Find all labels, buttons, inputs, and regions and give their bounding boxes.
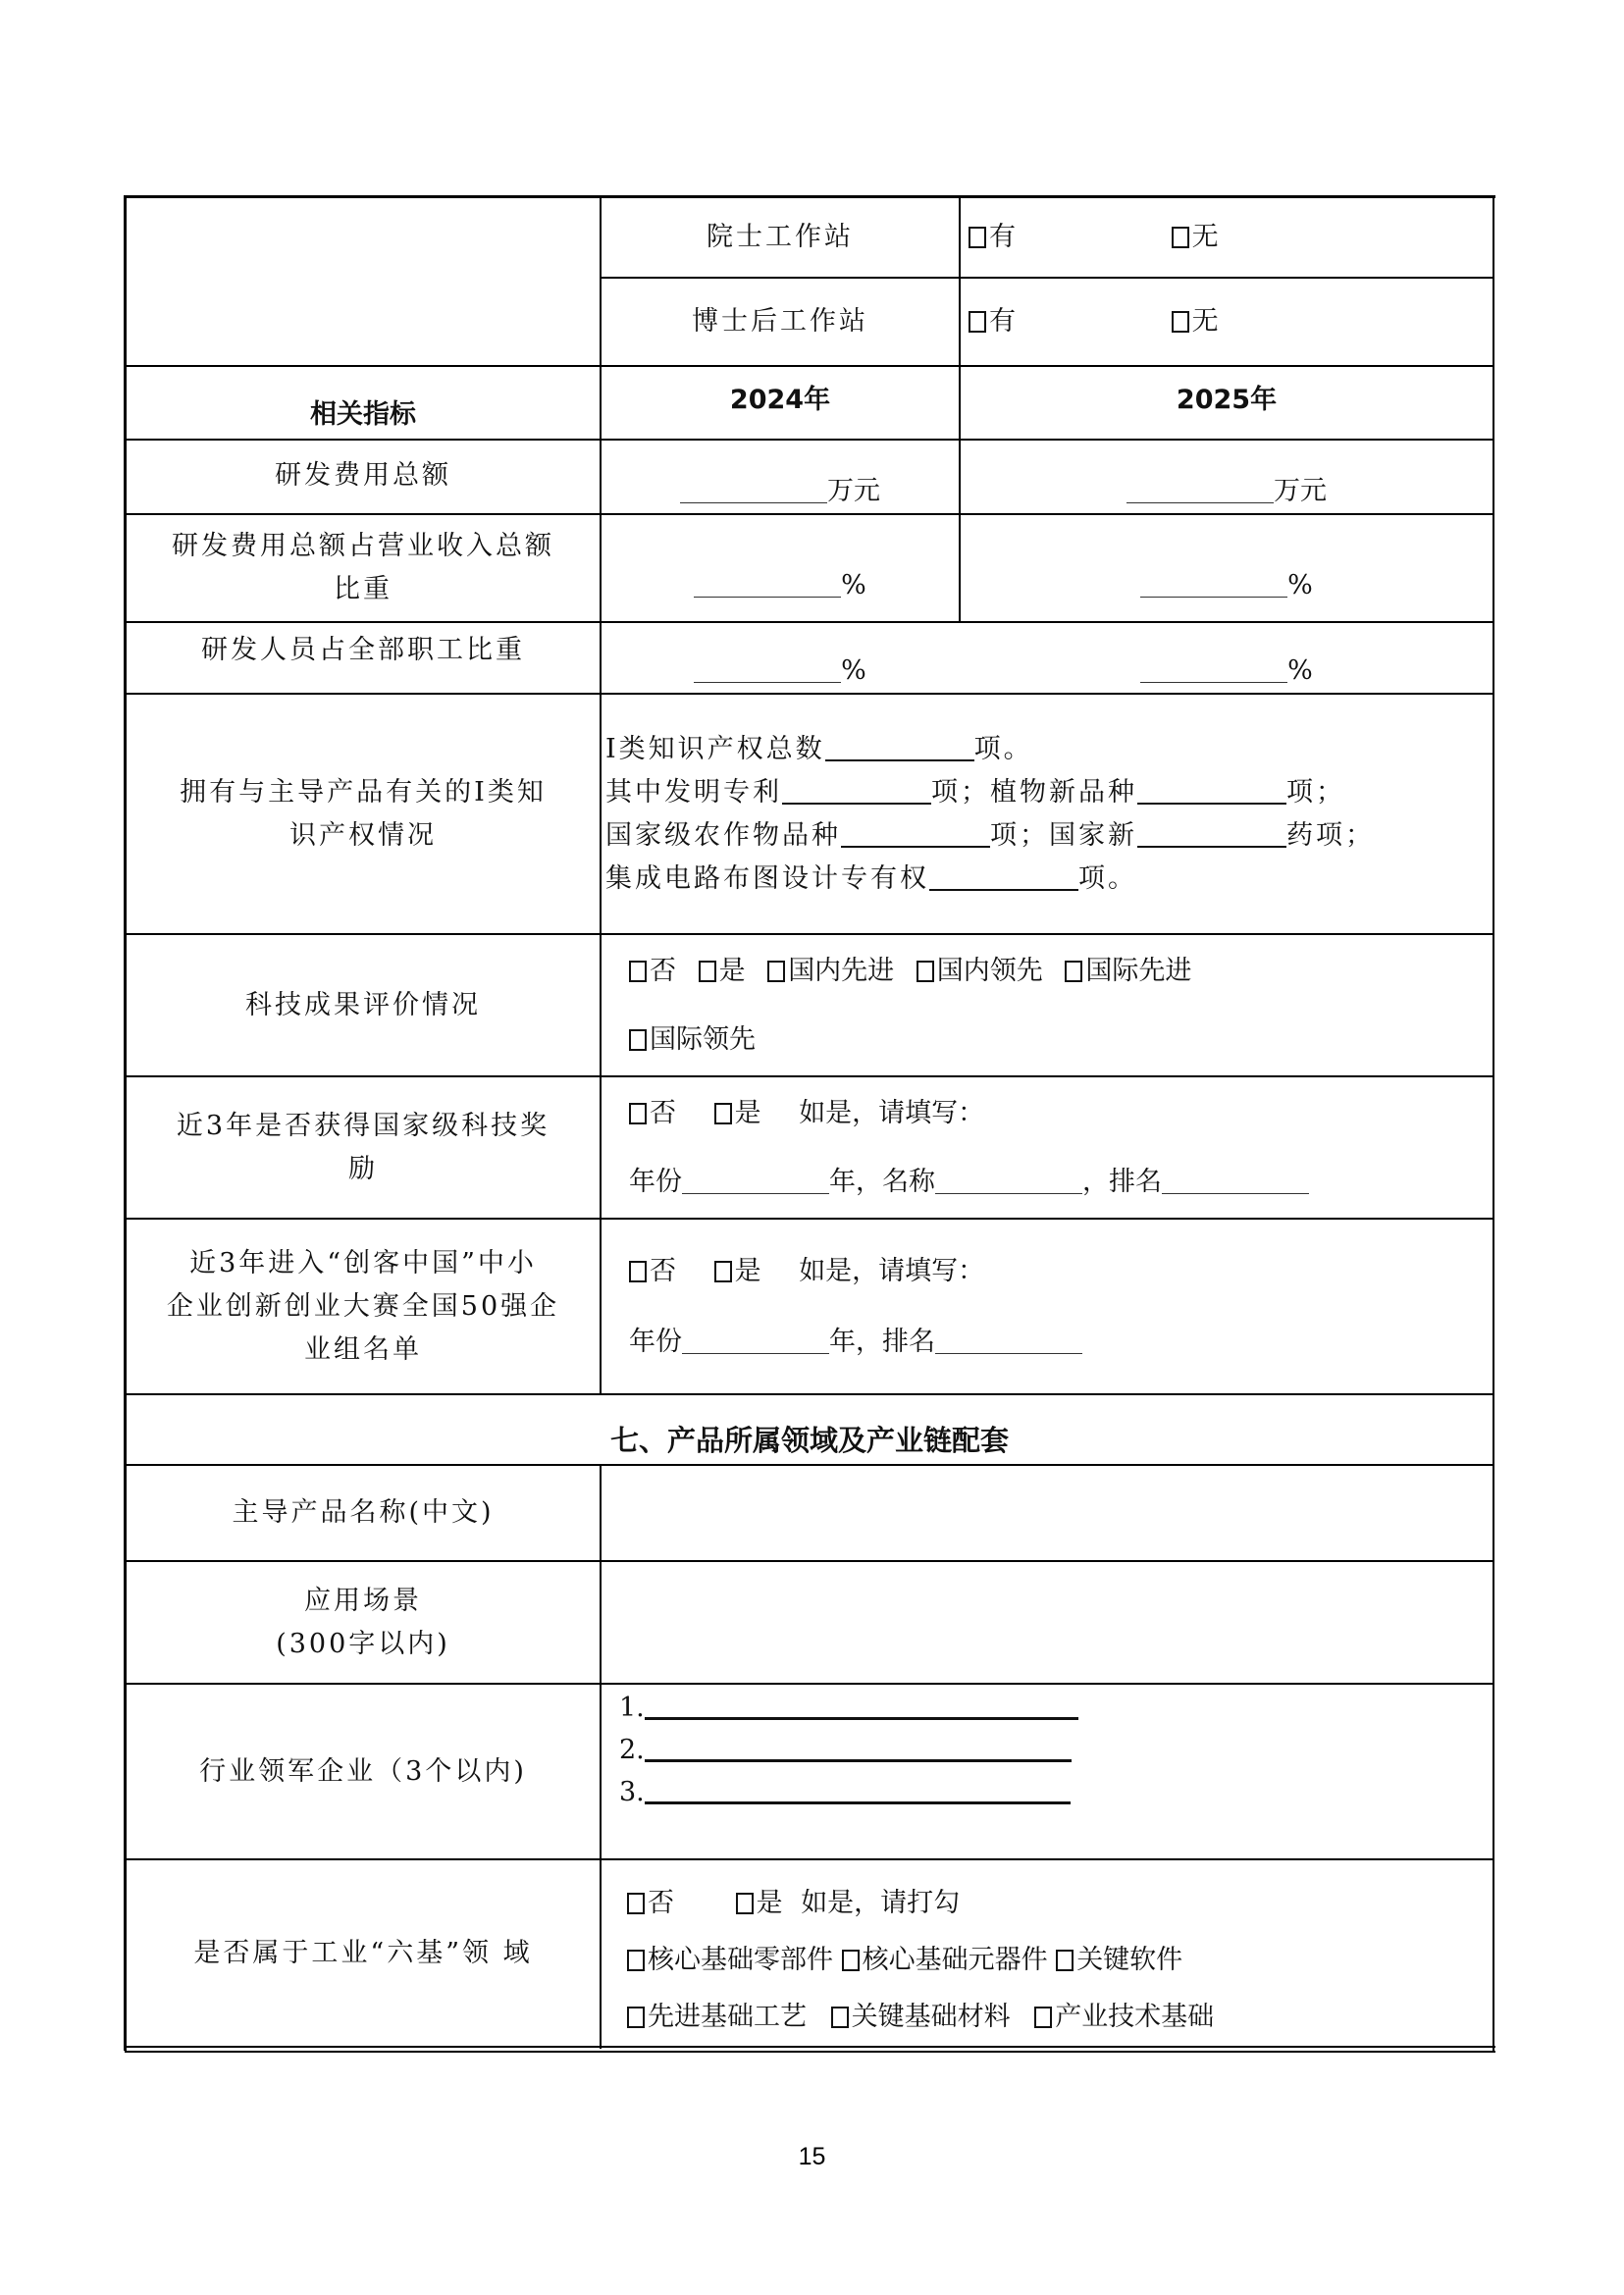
maker-china-label: 近3年进入“创客中国”中小 企业创新创业大赛全国50强企 业组名单 <box>127 1220 600 1393</box>
checkbox-icon[interactable] <box>842 1950 860 1971</box>
award-details: 否 是 如是，请填写： 年份年，名称，排名 <box>602 1077 1493 1218</box>
eval-intl-leading-option[interactable]: 国际领先 <box>629 1024 756 1055</box>
staff-ratio-label: 研发人员占全部职工比重 <box>127 623 600 693</box>
indicators-header-label: 相关指标 <box>127 367 600 439</box>
checkbox-icon[interactable] <box>969 311 986 333</box>
academician-no-option[interactable]: 无 <box>1172 222 1219 252</box>
maker-yes-option[interactable]: 是 <box>714 1256 761 1286</box>
checkbox-icon[interactable] <box>629 1103 647 1124</box>
checkbox-icon[interactable] <box>699 961 716 982</box>
crop-variety-field[interactable] <box>841 822 990 848</box>
advanced-process-option[interactable]: 先进基础工艺 <box>627 2002 807 2032</box>
ip-label: 拥有与主导产品有关的I类知 识产权情况 <box>127 695 600 933</box>
staff-ratio-2024-field[interactable]: % <box>602 623 959 693</box>
checkbox-icon[interactable] <box>831 2007 849 2028</box>
academician-station-options: 有 无 <box>961 198 1493 277</box>
rd-ratio-2024-field[interactable]: % <box>602 515 959 621</box>
leader-item: 1. <box>619 1687 1078 1729</box>
rd-ratio-label: 研发费用总额占营业收入总额 比重 <box>127 515 600 621</box>
core-electronic-parts-option[interactable]: 核心基础元器件 <box>842 1945 1048 1975</box>
award-yes-option[interactable]: 是 <box>714 1098 761 1128</box>
ip-total-line: I类知识产权总数项。 <box>605 728 1033 771</box>
staff-ratio-2025-field[interactable]: % <box>961 623 1493 693</box>
year-2025-header: 2025年 <box>961 367 1493 439</box>
checkbox-icon[interactable] <box>627 1950 645 1971</box>
leader-item: 3. <box>619 1771 1071 1813</box>
six-bases-label: 是否属于工业“六基”领 域 <box>127 1860 600 2047</box>
checkbox-icon[interactable] <box>767 961 785 982</box>
leader-2-field[interactable] <box>645 1732 1072 1762</box>
eval-no-option[interactable]: 否 <box>629 956 676 986</box>
eval-intl-advanced-option[interactable]: 国际先进 <box>1065 956 1191 986</box>
year-2024-header: 2024年 <box>602 367 959 439</box>
page-number: 15 <box>0 2143 1624 2171</box>
evaluation-options: 否 是 国内先进 国内领先 国际先进 国际领先 <box>602 935 1493 1075</box>
ip-patent-line: 其中发明专利项；植物新品种项； <box>605 771 1345 814</box>
scenario-label: 应用场景 (300字以内) <box>127 1562 600 1683</box>
checkbox-icon[interactable] <box>1034 2007 1052 2028</box>
sixbase-yes-option[interactable]: 是 <box>736 1888 783 1918</box>
ip-details: I类知识产权总数项。 其中发明专利项；植物新品种项； 国家级农作物品种项；国家新… <box>602 695 1493 933</box>
academician-station-label: 院士工作站 <box>602 198 959 277</box>
checkbox-icon[interactable] <box>1056 1950 1074 1971</box>
maker-china-details: 否 是 如是，请填写： 年份年，排名 <box>602 1220 1493 1393</box>
table-right-border <box>1493 195 1494 2051</box>
section-7-title: 七、产品所属领域及产业链配套 <box>127 1395 1493 1464</box>
product-name-label: 主导产品名称(中文) <box>127 1466 600 1560</box>
rd-ratio-2025-field[interactable]: % <box>961 515 1493 621</box>
award-year-field[interactable] <box>682 1170 829 1194</box>
eval-domestic-leading-option[interactable]: 国内领先 <box>917 956 1043 986</box>
checkbox-icon[interactable] <box>1172 227 1189 248</box>
rd-total-2024-field[interactable]: 万元 <box>602 441 959 513</box>
award-no-option[interactable]: 否 <box>629 1098 676 1128</box>
product-name-field[interactable] <box>602 1466 1493 1560</box>
postdoc-no-option[interactable]: 无 <box>1172 306 1219 337</box>
checkbox-icon[interactable] <box>1065 961 1082 982</box>
postdoc-station-label: 博士后工作站 <box>602 279 959 365</box>
leader-1-field[interactable] <box>645 1690 1078 1720</box>
postdoc-yes-option[interactable]: 有 <box>969 306 1016 337</box>
award-name-field[interactable] <box>935 1170 1082 1194</box>
plant-variety-field[interactable] <box>1137 779 1286 805</box>
checkbox-icon[interactable] <box>629 1029 647 1051</box>
invention-patent-field[interactable] <box>782 779 931 805</box>
document-page: 院士工作站 有 无 博士后工作站 有 无 相关指标 2024年 2025年 研发… <box>0 0 1624 2295</box>
checkbox-icon[interactable] <box>714 1103 732 1124</box>
key-materials-option[interactable]: 关键基础材料 <box>831 2002 1011 2032</box>
core-components-option[interactable]: 核心基础零部件 <box>627 1945 833 1975</box>
academician-yes-option[interactable]: 有 <box>969 222 1016 252</box>
leader-item: 2. <box>619 1729 1072 1771</box>
ip-total-field[interactable] <box>825 736 974 761</box>
checkbox-icon[interactable] <box>627 2007 645 2028</box>
checkbox-icon[interactable] <box>736 1893 754 1914</box>
checkbox-icon[interactable] <box>629 961 647 982</box>
table-bottom-border-double <box>125 2051 1495 2053</box>
ip-crop-line: 国家级农作物品种项；国家新药项； <box>605 814 1375 858</box>
checkbox-icon[interactable] <box>917 961 934 982</box>
scenario-field[interactable] <box>602 1562 1493 1683</box>
checkbox-icon[interactable] <box>629 1261 647 1282</box>
checkbox-icon[interactable] <box>969 227 986 248</box>
key-software-option[interactable]: 关键软件 <box>1056 1945 1182 1975</box>
checkbox-icon[interactable] <box>714 1261 732 1282</box>
maker-year-field[interactable] <box>682 1330 829 1354</box>
evaluation-label: 科技成果评价情况 <box>127 935 600 1075</box>
maker-rank-field[interactable] <box>935 1330 1082 1354</box>
industry-leaders-list: 1. 2. 3. <box>602 1685 1493 1858</box>
ic-layout-field[interactable] <box>929 865 1078 891</box>
leader-3-field[interactable] <box>645 1774 1071 1804</box>
industry-leaders-label: 行业领军企业（3个以内) <box>127 1685 600 1858</box>
new-drug-field[interactable] <box>1137 822 1286 848</box>
sixbase-no-option[interactable]: 否 <box>627 1888 674 1918</box>
rd-total-label: 研发费用总额 <box>127 441 600 513</box>
ip-ic-line: 集成电路布图设计专有权项。 <box>605 858 1137 901</box>
checkbox-icon[interactable] <box>1172 311 1189 333</box>
award-rank-field[interactable] <box>1162 1170 1309 1194</box>
eval-yes-option[interactable]: 是 <box>699 956 746 986</box>
postdoc-station-options: 有 无 <box>961 279 1493 365</box>
rd-total-2025-field[interactable]: 万元 <box>961 441 1493 513</box>
industrial-tech-base-option[interactable]: 产业技术基础 <box>1034 2002 1214 2032</box>
maker-no-option[interactable]: 否 <box>629 1256 676 1286</box>
checkbox-icon[interactable] <box>627 1893 645 1914</box>
six-bases-options: 否 是 如是，请打勾 核心基础零部件 核心基础元器件 关键软件 先进基础工艺 关… <box>602 1860 1493 2047</box>
award-label: 近3年是否获得国家级科技奖 励 <box>127 1077 600 1218</box>
eval-domestic-advanced-option[interactable]: 国内先进 <box>767 956 894 986</box>
